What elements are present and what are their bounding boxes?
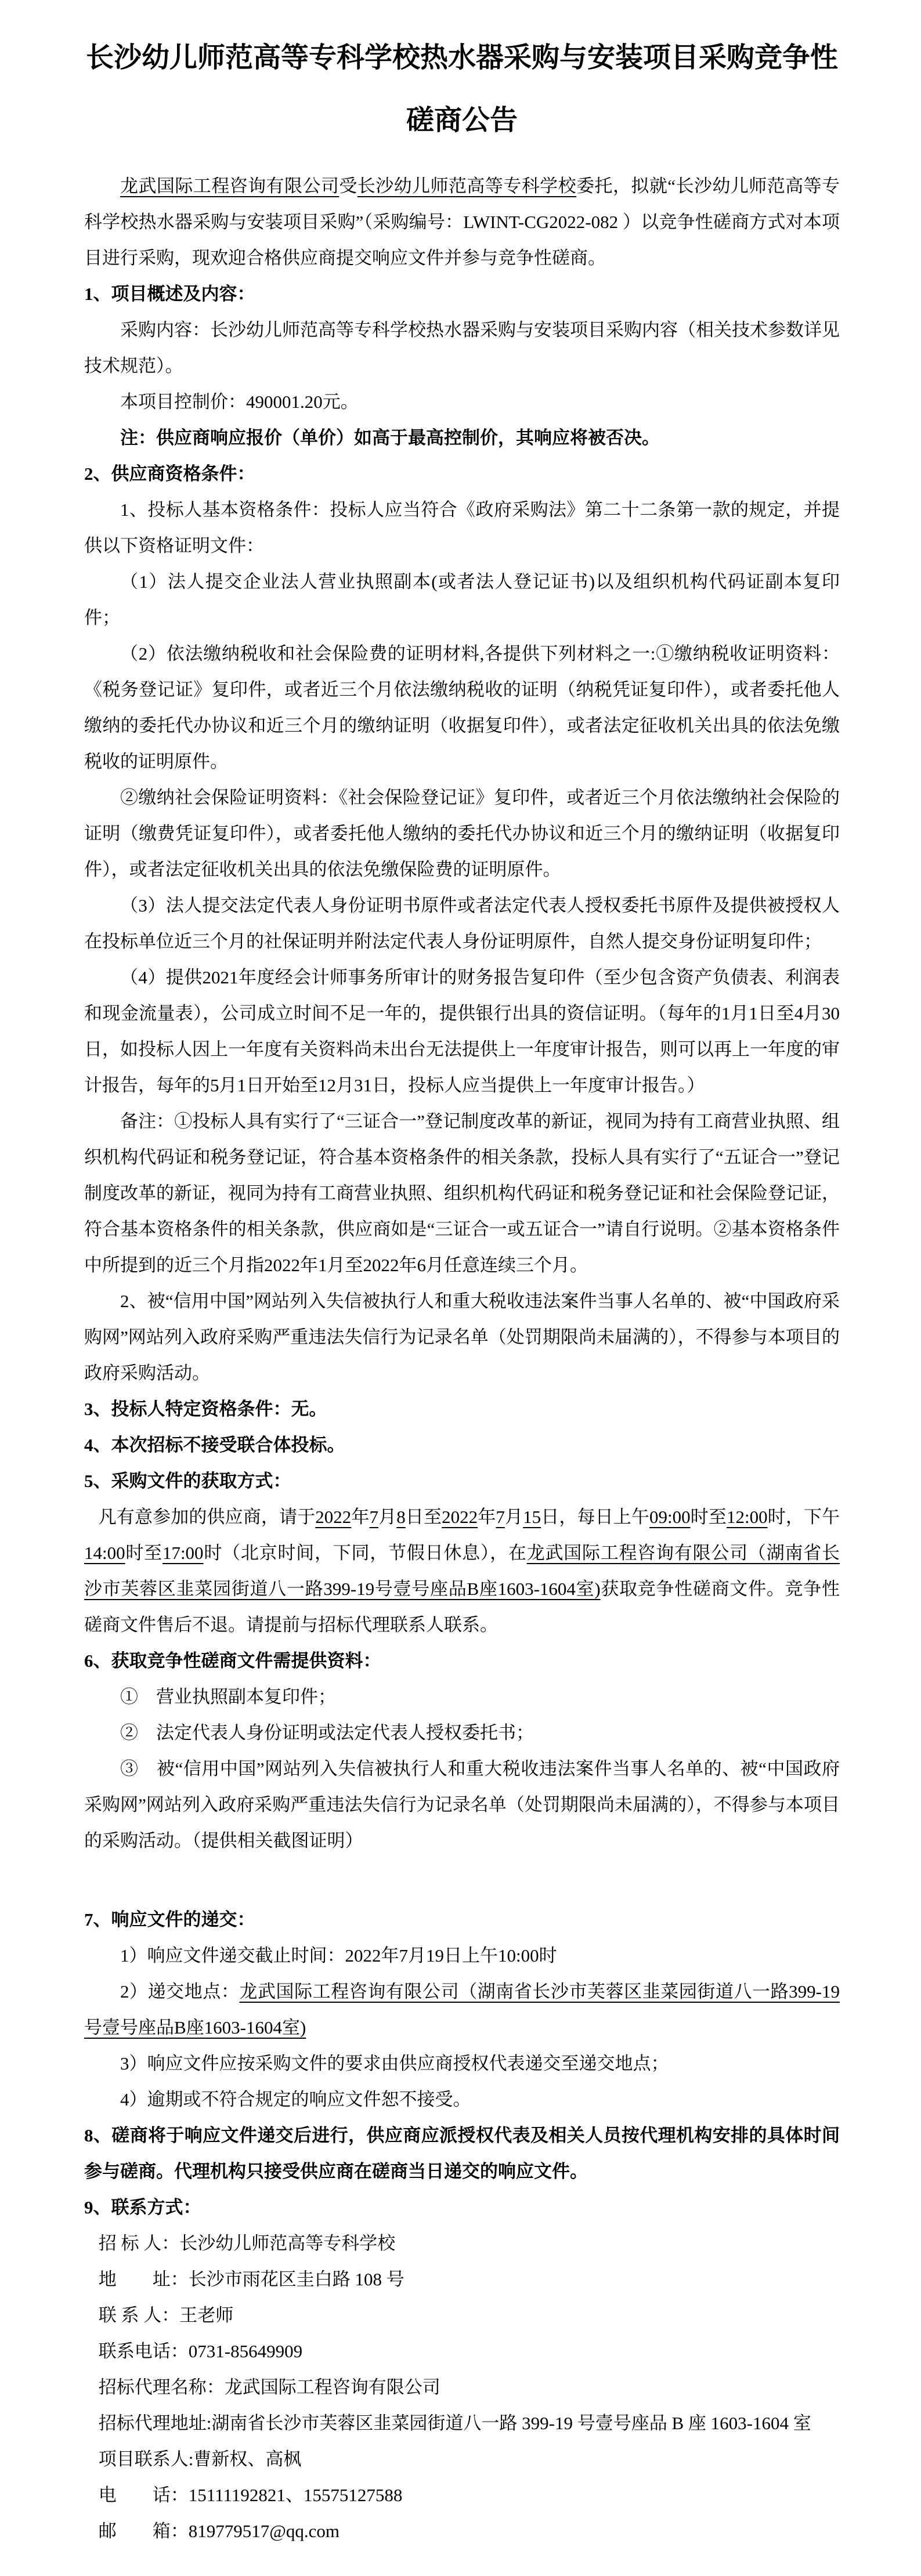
text-segment: 3）响应文件应按采购文件的要求由供应商授权代表递交至递交地点； (120, 2053, 669, 2074)
underlined-text: 17:00 (162, 1543, 204, 1563)
text-segment: 备注：①投标人具有实行了“三证合一”登记制度改革的新证，视同为持有工商营业执照、… (84, 1111, 840, 1275)
submission-place: 2）递交地点：龙武国际工程咨询有限公司（湖南省长沙市芙蓉区韭菜园街道八一路399… (84, 1974, 840, 2046)
text-segment: 1、投标人基本资格条件：投标人应当符合《政府采购法》第二十二条第一款的规定，并提… (84, 500, 840, 556)
underlined-text: 7 (370, 1507, 379, 1527)
text-segment: 9、联系方式： (84, 2197, 201, 2217)
section-4-heading: 4、本次招标不接受联合体投标。 (84, 1427, 840, 1463)
document-title: 长沙幼儿师范高等专科学校热水器采购与安装项目采购竞争性磋商公告 (84, 27, 840, 152)
contact-person: 联 系 人：王老师 (84, 2298, 840, 2333)
agency-address: 招标代理地址:湖南省长沙市芙蓉区韭菜园街道八一路 399-19 号壹号座品 B … (84, 2405, 840, 2441)
qualification-item-2b: ②缴纳社会保险证明资料：《社会保险登记证》复印件，或者近三个月依法缴纳社会保险的… (84, 780, 840, 888)
project-email: 邮 箱：819779517@qq.com (84, 2513, 840, 2549)
text-segment: ① 营业执照副本复印件； (120, 1687, 336, 1707)
qualification-item-2: （2）依法缴纳税收和社会保险费的证明材料,各提供下列材料之一:①缴纳税收证明资料… (84, 636, 840, 780)
underlined-text: 龙武国际工程咨询有限公司 (120, 176, 339, 196)
contact-tenderee: 招 标 人：长沙幼儿师范高等专科学校 (84, 2226, 840, 2262)
section-7-heading: 7、响应文件的递交： (84, 1902, 840, 1938)
section-8-paragraph: 8、磋商将于响应文件递交后进行，供应商应派授权代表及相关人员按代理机构安排的具体… (84, 2118, 840, 2190)
text-segment: 联系电话：0731-85649909 (99, 2341, 302, 2361)
text-segment: （1）法人提交企业法人营业执照副本(或者法人登记证书)以及组织机构代码证副本复印… (84, 571, 840, 628)
qualification-basic-paragraph: 1、投标人基本资格条件：投标人应当符合《政府采购法》第二十二条第一款的规定，并提… (84, 492, 840, 564)
qualification-item-4: （4）提供2021年度经会计师事务所审计的财务报告复印件（至少包含资产负债表、利… (84, 960, 840, 1104)
text-segment: 1、项目概述及内容： (84, 284, 255, 304)
text-segment: 时至 (691, 1507, 727, 1527)
intro-paragraph: 龙武国际工程咨询有限公司受长沙幼儿师范高等专科学校委托，拟就“长沙幼儿师范高等专… (84, 168, 840, 276)
section-1-heading: 1、项目概述及内容： (84, 276, 840, 312)
qualification-item-3: （3）法人提交法定代表人身份证明书原件或者法定代表人授权委托书原件及提供被授权人… (84, 888, 840, 960)
required-material-2: ② 法定代表人身份证明或法定代表人授权委托书； (84, 1715, 840, 1751)
underlined-text: 12:00 (727, 1507, 768, 1527)
project-contacts: 项目联系人:曹新权、高枫 (84, 2441, 840, 2477)
submission-rule-4: 4）逾期或不符合规定的响应文件恕不接受。 (84, 2082, 840, 2118)
contact-phone: 联系电话：0731-85649909 (84, 2333, 840, 2369)
text-segment: 5、采购文件的获取方式： (84, 1471, 291, 1491)
note-paragraph: 注：供应商响应报价（单价）如高于最高控制价，其响应将被否决。 (84, 420, 840, 456)
text-segment: （2）依法缴纳税收和社会保险费的证明材料,各提供下列材料之一:①缴纳税收证明资料… (84, 643, 840, 772)
text-segment: 时，下午 (768, 1507, 840, 1527)
project-phone: 电 话：15111192821、15575127588 (84, 2477, 840, 2513)
section-2-heading: 2、供应商资格条件： (84, 456, 840, 492)
required-material-3: ③ 被“信用中国”网站列入失信被执行人和重大税收违法案件当事人名单的、被“中国政… (84, 1751, 840, 1859)
text-segment: 1）响应文件递交截止时间：2022年7月19日上午10:00时 (120, 1945, 557, 1966)
submission-deadline: 1）响应文件递交截止时间：2022年7月19日上午10:00时 (84, 1938, 840, 1974)
text-segment: 时至 (125, 1543, 162, 1563)
text-segment: 凡有意参加的供应商，请于 (99, 1507, 315, 1527)
text-segment: 项目联系人:曹新权、高枫 (99, 2449, 302, 2469)
credit-china-paragraph: 2、被“信用中国”网站列入失信被执行人和重大税收违法案件当事人名单的、被“中国政… (84, 1283, 840, 1391)
control-price-paragraph: 本项目控制价：490001.20元。 (84, 384, 840, 420)
underlined-text: 14:00 (84, 1543, 125, 1563)
text-segment: 电 话：15111192821、15575127588 (99, 2485, 403, 2505)
section-5-heading: 5、采购文件的获取方式： (84, 1463, 840, 1499)
text-segment: 4）逾期或不符合规定的响应文件恕不接受。 (120, 2089, 471, 2110)
text-segment: 联 系 人：王老师 (99, 2305, 234, 2325)
text-segment: 8、磋商将于响应文件递交后进行，供应商应派授权代表及相关人员按代理机构安排的具体… (84, 2125, 840, 2181)
document-body: 龙武国际工程咨询有限公司受长沙幼儿师范高等专科学校委托，拟就“长沙幼儿师范高等专… (84, 168, 840, 2549)
text-segment: 地 址：长沙市雨花区圭白路 108 号 (99, 2269, 404, 2289)
qualification-remark: 备注：①投标人具有实行了“三证合一”登记制度改革的新证，视同为持有工商营业执照、… (84, 1104, 840, 1283)
underlined-text: 8 (396, 1507, 406, 1527)
text-segment: 2）递交地点： (120, 1981, 239, 2002)
text-segment: 2、被“信用中国”网站列入失信被执行人和重大税收违法案件当事人名单的、被“中国政… (84, 1291, 840, 1383)
text-segment: 日，每日上午 (541, 1507, 649, 1527)
text-segment: 受 (339, 176, 357, 196)
underlined-text: 2022 (315, 1507, 351, 1527)
underlined-text: 7 (496, 1507, 505, 1527)
text-segment: （4）提供2021年度经会计师事务所审计的财务报告复印件（至少包含资产负债表、利… (84, 967, 840, 1095)
section-9-heading: 9、联系方式： (84, 2190, 840, 2226)
text-segment: 6、获取竞争性磋商文件需提供资料： (84, 1651, 381, 1671)
text-segment: ②缴纳社会保险证明资料：《社会保险登记证》复印件，或者近三个月依法缴纳社会保险的… (84, 787, 840, 880)
page: 长沙幼儿师范高等专科学校热水器采购与安装项目采购竞争性磋商公告 龙武国际工程咨询… (0, 0, 921, 2563)
required-material-1: ① 营业执照副本复印件； (84, 1679, 840, 1715)
text-segment: 月 (505, 1507, 523, 1527)
section-3-heading: 3、投标人特定资格条件：无。 (84, 1391, 840, 1427)
qualification-item-1: （1）法人提交企业法人营业执照副本(或者法人登记证书)以及组织机构代码证副本复印… (84, 564, 840, 636)
text-segment: 7、响应文件的递交： (84, 1909, 255, 1930)
text-segment: 本项目控制价：490001.20元。 (120, 392, 359, 412)
text-segment: 招 标 人：长沙幼儿师范高等专科学校 (99, 2233, 396, 2253)
text-segment: 招标代理地址:湖南省长沙市芙蓉区韭菜园街道八一路 399-19 号壹号座品 B … (99, 2413, 811, 2433)
contact-address: 地 址：长沙市雨花区圭白路 108 号 (84, 2262, 840, 2298)
text-segment: 邮 箱：819779517@qq.com (99, 2521, 339, 2541)
submission-rule-3: 3）响应文件应按采购文件的要求由供应商授权代表递交至递交地点； (84, 2046, 840, 2082)
agency-name: 招标代理名称：龙武国际工程咨询有限公司 (84, 2369, 840, 2405)
text-segment: 时（北京时间，下同，节假日休息），在 (204, 1543, 527, 1563)
text-segment: 2、供应商资格条件： (84, 464, 255, 484)
document-acquisition-paragraph: 凡有意参加的供应商，请于2022年7月8日至2022年7月15日，每日上午09:… (84, 1499, 840, 1643)
text-segment: 注：供应商响应报价（单价）如高于最高控制价，其响应将被否决。 (120, 428, 660, 448)
text-segment: 招标代理名称：龙武国际工程咨询有限公司 (99, 2377, 440, 2397)
text-segment: 4、本次招标不接受联合体投标。 (84, 1435, 345, 1455)
text-segment: （3）法人提交法定代表人身份证明书原件或者法定代表人授权委托书原件及提供被授权人… (84, 895, 840, 951)
text-segment: 采购内容：长沙幼儿师范高等专科学校热水器采购与安装项目采购内容（相关技术参数详见… (84, 320, 840, 376)
section-6-heading: 6、获取竞争性磋商文件需提供资料： (84, 1643, 840, 1679)
underlined-text: 15 (523, 1507, 541, 1527)
underlined-text: 2022 (442, 1507, 478, 1527)
text-segment: 年 (478, 1507, 496, 1527)
underlined-text: 长沙幼儿师范高等专科学校 (357, 176, 576, 196)
text-segment: ③ 被“信用中国”网站列入失信被执行人和重大税收违法案件当事人名单的、被“中国政… (84, 1759, 840, 1851)
procurement-content-paragraph: 采购内容：长沙幼儿师范高等专科学校热水器采购与安装项目采购内容（相关技术参数详见… (84, 312, 840, 384)
text-segment: 月 (378, 1507, 396, 1527)
text-segment: 日至 (406, 1507, 442, 1527)
text-segment: 3、投标人特定资格条件：无。 (84, 1399, 327, 1419)
underlined-text: 09:00 (649, 1507, 691, 1527)
text-segment: ② 法定代表人身份证明或法定代表人授权委托书； (120, 1723, 534, 1743)
text-segment: 年 (351, 1507, 369, 1527)
